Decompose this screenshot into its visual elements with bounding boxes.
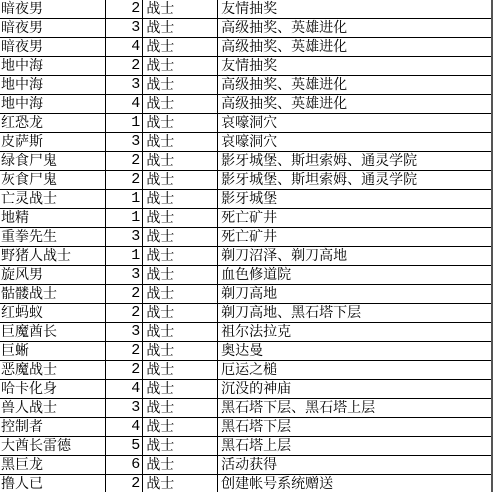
class-cell[interactable]: 战士 (143, 114, 218, 133)
table-row: 绿食尸鬼2战士影牙城堡、斯坦索姆、通灵学院 (0, 152, 492, 171)
class-cell[interactable]: 战士 (143, 323, 218, 342)
class-cell[interactable]: 战士 (143, 0, 218, 19)
hero-name-cell[interactable]: 黑巨龙 (0, 456, 106, 475)
source-cell[interactable]: 剃刀高地 (218, 285, 492, 304)
class-cell[interactable]: 战士 (143, 285, 218, 304)
table-row: 旋风男3战士血色修道院 (0, 266, 492, 285)
star-level-cell[interactable]: 2 (106, 361, 143, 380)
class-cell[interactable]: 战士 (143, 76, 218, 95)
hero-name-cell[interactable]: 地中海 (0, 95, 106, 114)
class-cell[interactable]: 战士 (143, 342, 218, 361)
class-cell[interactable]: 战士 (143, 247, 218, 266)
source-cell[interactable]: 黑石塔上层 (218, 437, 492, 456)
class-cell[interactable]: 战士 (143, 399, 218, 418)
table-row: 皮萨斯3战士哀嚎洞穴 (0, 133, 492, 152)
source-cell[interactable]: 奥达曼 (218, 342, 492, 361)
hero-name-cell[interactable]: 红蚂蚁 (0, 304, 106, 323)
hero-name-cell[interactable]: 亡灵战士 (0, 190, 106, 209)
class-cell[interactable]: 战士 (143, 190, 218, 209)
source-cell[interactable]: 祖尔法拉克 (218, 323, 492, 342)
source-cell[interactable]: 影牙城堡 (218, 190, 492, 209)
source-cell[interactable]: 高级抽奖、英雄进化 (218, 19, 492, 38)
star-level-cell[interactable]: 2 (106, 0, 143, 19)
hero-name-cell[interactable]: 重拳先生 (0, 228, 106, 247)
table-row: 重拳先生3战士死亡矿井 (0, 228, 492, 247)
star-level-cell[interactable]: 4 (106, 418, 143, 437)
star-level-cell[interactable]: 3 (106, 76, 143, 95)
source-cell[interactable]: 黑石塔下层、黑石塔上层 (218, 399, 492, 418)
star-level-cell[interactable]: 1 (106, 247, 143, 266)
class-cell[interactable]: 战士 (143, 19, 218, 38)
table-row: 暗夜男3战士高级抽奖、英雄进化 (0, 19, 492, 38)
hero-name-cell[interactable]: 大酋长雷德 (0, 437, 106, 456)
table-row: 地中海2战士友情抽奖 (0, 57, 492, 76)
star-level-cell[interactable]: 4 (106, 380, 143, 399)
table-row: 巨魔酋长3战士祖尔法拉克 (0, 323, 492, 342)
star-level-cell[interactable]: 2 (106, 304, 143, 323)
table-row: 红恐龙1战士哀嚎洞穴 (0, 114, 492, 133)
class-cell[interactable]: 战士 (143, 152, 218, 171)
hero-name-cell[interactable]: 巨魔酋长 (0, 323, 106, 342)
table-row: 亡灵战士1战士影牙城堡 (0, 190, 492, 209)
class-cell[interactable]: 战士 (143, 133, 218, 152)
class-cell[interactable]: 战士 (143, 228, 218, 247)
table-row: 暗夜男2战士友情抽奖 (0, 0, 492, 19)
table-row: 控制者4战士黑石塔下层 (0, 418, 492, 437)
source-cell[interactable]: 高级抽奖、英雄进化 (218, 76, 492, 95)
hero-name-cell[interactable]: 暗夜男 (0, 38, 106, 57)
star-level-cell[interactable]: 3 (106, 266, 143, 285)
table-body: 暗夜男2战士友情抽奖暗夜男3战士高级抽奖、英雄进化暗夜男4战士高级抽奖、英雄进化… (0, 0, 492, 492)
source-cell[interactable]: 厄运之槌 (218, 361, 492, 380)
source-cell[interactable]: 死亡矿井 (218, 209, 492, 228)
class-cell[interactable]: 战士 (143, 418, 218, 437)
source-cell[interactable]: 黑石塔下层 (218, 418, 492, 437)
star-level-cell[interactable]: 3 (106, 19, 143, 38)
table-row: 巨蜥2战士奥达曼 (0, 342, 492, 361)
source-cell[interactable]: 哀嚎洞穴 (218, 133, 492, 152)
hero-name-cell[interactable]: 野猪人战士 (0, 247, 106, 266)
source-cell[interactable]: 影牙城堡、斯坦索姆、通灵学院 (218, 171, 492, 190)
table-row: 地中海4战士高级抽奖、英雄进化 (0, 95, 492, 114)
hero-name-cell[interactable]: 地中海 (0, 57, 106, 76)
source-cell[interactable]: 友情抽奖 (218, 0, 492, 19)
table-row: 撸人已2战士创建帐号系统赠送 (0, 475, 492, 492)
hero-name-cell[interactable]: 旋风男 (0, 266, 106, 285)
hero-name-cell[interactable]: 地精 (0, 209, 106, 228)
class-cell[interactable]: 战士 (143, 475, 218, 492)
class-cell[interactable]: 战士 (143, 437, 218, 456)
hero-name-cell[interactable]: 地中海 (0, 76, 106, 95)
hero-name-cell[interactable]: 哈卡化身 (0, 380, 106, 399)
source-cell[interactable]: 高级抽奖、英雄进化 (218, 38, 492, 57)
hero-source-table: 暗夜男2战士友情抽奖暗夜男3战士高级抽奖、英雄进化暗夜男4战士高级抽奖、英雄进化… (0, 0, 493, 492)
hero-name-cell[interactable]: 恶魔战士 (0, 361, 106, 380)
star-level-cell[interactable]: 3 (106, 228, 143, 247)
source-cell[interactable]: 高级抽奖、英雄进化 (218, 95, 492, 114)
source-cell[interactable]: 影牙城堡、斯坦索姆、通灵学院 (218, 152, 492, 171)
class-cell[interactable]: 战士 (143, 361, 218, 380)
star-level-cell[interactable]: 3 (106, 323, 143, 342)
star-level-cell[interactable]: 6 (106, 456, 143, 475)
table-row: 暗夜男4战士高级抽奖、英雄进化 (0, 38, 492, 57)
table-row: 灰食尸鬼2战士影牙城堡、斯坦索姆、通灵学院 (0, 171, 492, 190)
source-cell[interactable]: 血色修道院 (218, 266, 492, 285)
hero-name-cell[interactable]: 灰食尸鬼 (0, 171, 106, 190)
source-cell[interactable]: 哀嚎洞穴 (218, 114, 492, 133)
source-cell[interactable]: 活动获得 (218, 456, 492, 475)
source-cell[interactable]: 创建帐号系统赠送 (218, 475, 492, 492)
table-row: 恶魔战士2战士厄运之槌 (0, 361, 492, 380)
star-level-cell[interactable]: 2 (106, 57, 143, 76)
star-level-cell[interactable]: 5 (106, 437, 143, 456)
star-level-cell[interactable]: 4 (106, 38, 143, 57)
class-cell[interactable]: 战士 (143, 57, 218, 76)
hero-name-cell[interactable]: 皮萨斯 (0, 133, 106, 152)
table-row: 大酋长雷德5战士黑石塔上层 (0, 437, 492, 456)
star-level-cell[interactable]: 4 (106, 95, 143, 114)
table-row: 哈卡化身4战士沉没的神庙 (0, 380, 492, 399)
hero-name-cell[interactable]: 暗夜男 (0, 0, 106, 19)
table-row: 红蚂蚁2战士剃刀高地、黑石塔下层 (0, 304, 492, 323)
hero-name-cell[interactable]: 兽人战士 (0, 399, 106, 418)
class-cell[interactable]: 战士 (143, 456, 218, 475)
star-level-cell[interactable]: 2 (106, 342, 143, 361)
class-cell[interactable]: 战士 (143, 266, 218, 285)
source-cell[interactable]: 沉没的神庙 (218, 380, 492, 399)
hero-name-cell[interactable]: 暗夜男 (0, 19, 106, 38)
class-cell[interactable]: 战士 (143, 171, 218, 190)
table-row: 地中海3战士高级抽奖、英雄进化 (0, 76, 492, 95)
star-level-cell[interactable]: 3 (106, 133, 143, 152)
star-level-cell[interactable]: 2 (106, 152, 143, 171)
class-cell[interactable]: 战士 (143, 38, 218, 57)
hero-name-cell[interactable]: 撸人已 (0, 475, 106, 492)
source-cell[interactable]: 剃刀高地、黑石塔下层 (218, 304, 492, 323)
class-cell[interactable]: 战士 (143, 95, 218, 114)
hero-name-cell[interactable]: 绿食尸鬼 (0, 152, 106, 171)
hero-name-cell[interactable]: 控制者 (0, 418, 106, 437)
star-level-cell[interactable]: 2 (106, 285, 143, 304)
star-level-cell[interactable]: 2 (106, 171, 143, 190)
star-level-cell[interactable]: 2 (106, 475, 143, 492)
star-level-cell[interactable]: 1 (106, 114, 143, 133)
hero-name-cell[interactable]: 巨蜥 (0, 342, 106, 361)
source-cell[interactable]: 友情抽奖 (218, 57, 492, 76)
class-cell[interactable]: 战士 (143, 304, 218, 323)
class-cell[interactable]: 战士 (143, 209, 218, 228)
table-row: 黑巨龙6战士活动获得 (0, 456, 492, 475)
source-cell[interactable]: 剃刀沼泽、剃刀高地 (218, 247, 492, 266)
table-row: 野猪人战士1战士剃刀沼泽、剃刀高地 (0, 247, 492, 266)
source-cell[interactable]: 死亡矿井 (218, 228, 492, 247)
table-row: 骷髅战士2战士剃刀高地 (0, 285, 492, 304)
class-cell[interactable]: 战士 (143, 380, 218, 399)
table-row: 兽人战士3战士黑石塔下层、黑石塔上层 (0, 399, 492, 418)
hero-name-cell[interactable]: 骷髅战士 (0, 285, 106, 304)
star-level-cell[interactable]: 1 (106, 190, 143, 209)
star-level-cell[interactable]: 1 (106, 209, 143, 228)
table-row: 地精1战士死亡矿井 (0, 209, 492, 228)
hero-name-cell[interactable]: 红恐龙 (0, 114, 106, 133)
star-level-cell[interactable]: 3 (106, 399, 143, 418)
